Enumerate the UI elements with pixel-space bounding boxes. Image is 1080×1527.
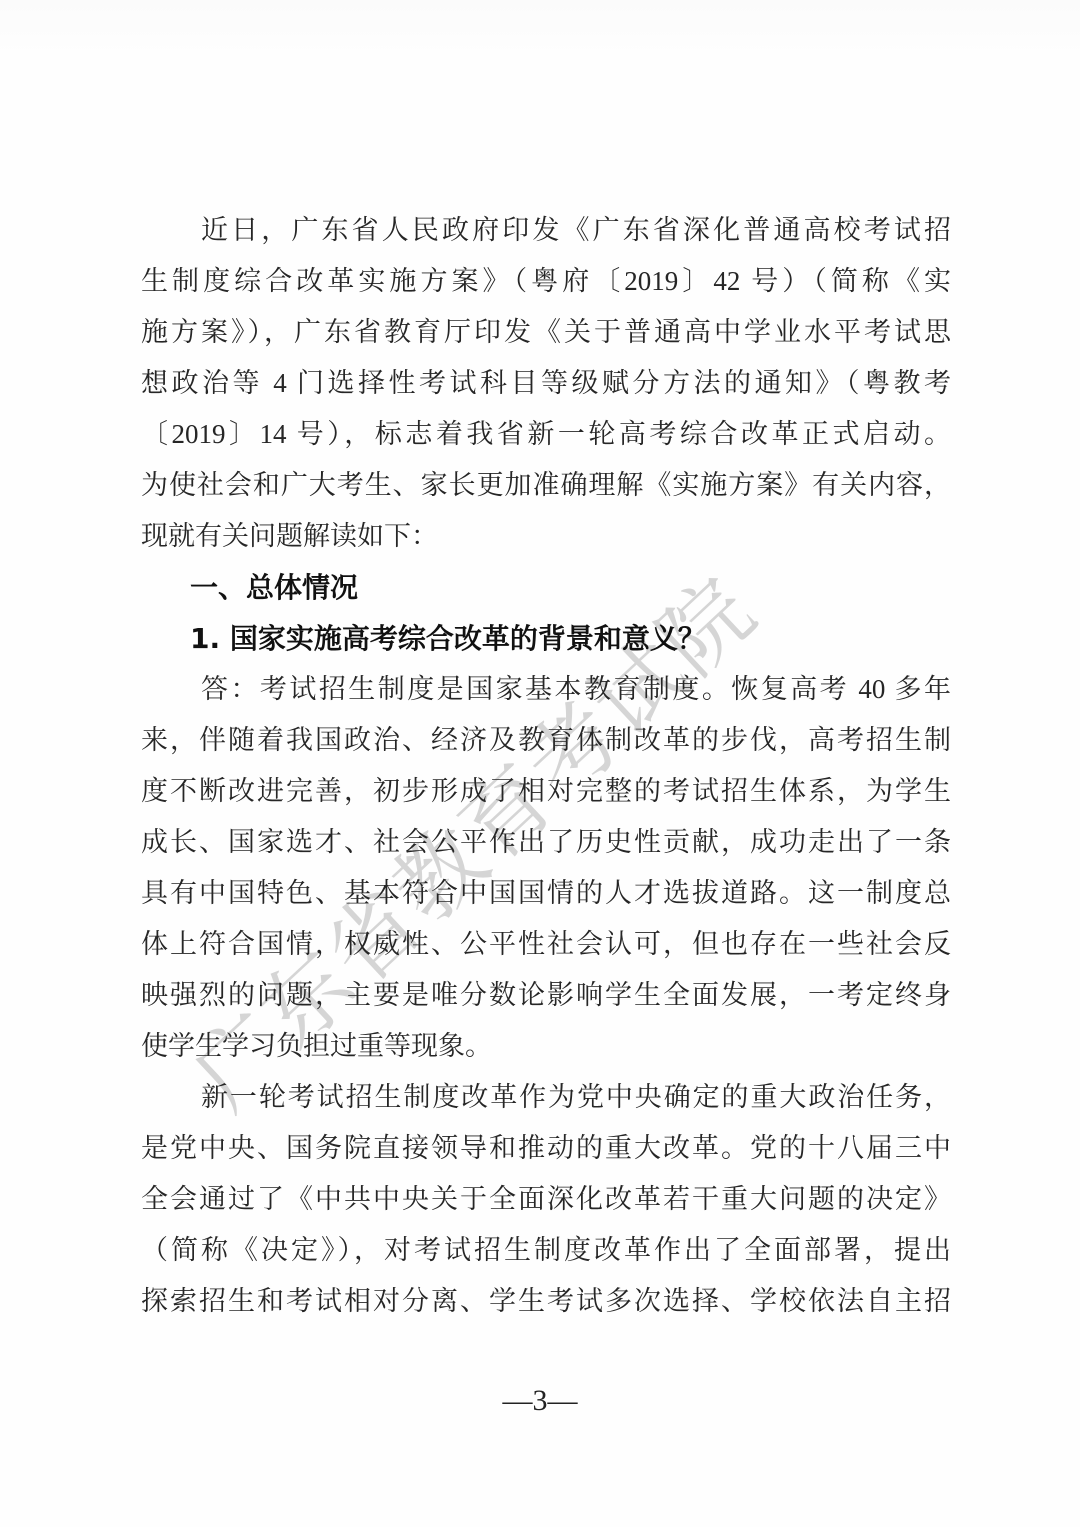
text-line: 生制度综合改革实施方案》（粤府〔2019〕42 号）（简称《实 — [141, 256, 951, 307]
text-line: 现就有关问题解读如下： — [141, 511, 951, 562]
text-line: 映强烈的问题，主要是唯分数论影响学生全面发展，一考定终身 — [141, 970, 951, 1021]
document-page: 广东省教育考试院 近日，广东省人民政府印发《广东省深化普通高校考试招 生制度综合… — [0, 0, 1080, 1527]
text-line: 度不断改进完善，初步形成了相对完整的考试招生体系，为学生 — [141, 766, 951, 817]
text-line: 施方案》），广东省教育厅印发《关于普通高中学业水平考试思 — [141, 307, 951, 358]
text-line: 探索招生和考试相对分离、学生考试多次选择、学校依法自主招 — [141, 1276, 951, 1327]
text-line: 是党中央、国务院直接领导和推动的重大改革。党的十八届三中 — [141, 1123, 951, 1174]
text-line: 近日，广东省人民政府印发《广东省深化普通高校考试招 — [141, 205, 951, 256]
text-line: （简称《决定》），对考试招生制度改革作出了全面部署，提出 — [141, 1225, 951, 1276]
text-line: 体上符合国情，权威性、公平性社会认可，但也存在一些社会反 — [141, 919, 951, 970]
document-body: 近日，广东省人民政府印发《广东省深化普通高校考试招 生制度综合改革实施方案》（粤… — [141, 205, 951, 1327]
page-number: —3— — [0, 1384, 1080, 1418]
text-line: 具有中国特色、基本符合中国国情的人才选拔道路。这一制度总 — [141, 868, 951, 919]
text-line: 想政治等 4 门选择性考试科目等级赋分方法的通知》（粤教考 — [141, 358, 951, 409]
text-line: 〔2019〕14 号），标志着我省新一轮高考综合改革正式启动。 — [141, 409, 951, 460]
text-line: 成长、国家选才、社会公平作出了历史性贡献，成功走出了一条 — [141, 817, 951, 868]
text-line: 答：考试招生制度是国家基本教育制度。恢复高考 40 多年 — [141, 664, 951, 715]
question-heading: 1. 国家实施高考综合改革的背景和意义？ — [141, 613, 951, 664]
text-line: 新一轮考试招生制度改革作为党中央确定的重大政治任务， — [141, 1072, 951, 1123]
text-line: 为使社会和广大考生、家长更加准确理解《实施方案》有关内容， — [141, 460, 951, 511]
text-line: 来，伴随着我国政治、经济及教育体制改革的步伐，高考招生制 — [141, 715, 951, 766]
section-heading: 一、总体情况 — [141, 562, 951, 613]
text-line: 使学生学习负担过重等现象。 — [141, 1021, 951, 1072]
text-line: 全会通过了《中共中央关于全面深化改革若干重大问题的决定》 — [141, 1174, 951, 1225]
